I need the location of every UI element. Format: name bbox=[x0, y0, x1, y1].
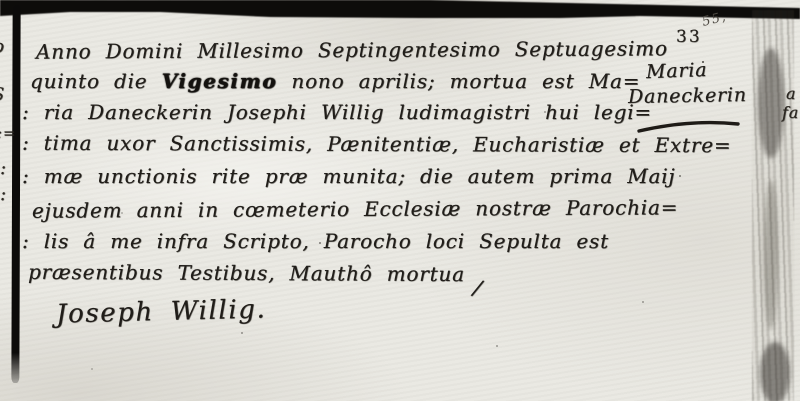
record-line-2-suffix: nono aprilis; mortua est Ma= bbox=[277, 69, 640, 93]
page-top-edge-band bbox=[0, 0, 800, 24]
margin-name-first: Maria bbox=[646, 59, 708, 83]
left-edge-fragment: b bbox=[0, 36, 5, 57]
next-page-fragment: fa bbox=[782, 103, 799, 122]
left-edge-fragment: S bbox=[0, 84, 5, 105]
margin-underline-flourish bbox=[636, 116, 742, 136]
record-line-1: Anno Domini Millesimo Septingentesimo Se… bbox=[36, 36, 668, 63]
record-line-6: ejusdem anni in cœmeterio Ecclesiæ nostr… bbox=[32, 195, 678, 222]
record-line-4: : tima uxor Sanctissimis, Pænitentiæ, Eu… bbox=[22, 131, 732, 157]
record-line-7: : lis â me infra Scripto, Parocho loci S… bbox=[22, 229, 609, 253]
left-margin-rule bbox=[11, 5, 20, 383]
record-number: 33 bbox=[676, 27, 702, 47]
record-line-3: : ria Daneckerin Josephi Willig ludimagi… bbox=[22, 100, 652, 124]
scanned-register-page: b S := : : Anno Domini Millesimo Septing… bbox=[0, 0, 800, 401]
record-line-5: : mæ unctionis rite præ munita; die aute… bbox=[22, 164, 675, 188]
record-line-8: præsentibus Testibus, Mauthô mortua bbox=[28, 260, 465, 286]
gutter-smudge-bottom bbox=[760, 342, 790, 401]
margin-name-last: Daneckerin bbox=[628, 84, 747, 108]
priest-signature: Joseph Willig. bbox=[56, 294, 267, 329]
next-page-fragment: a bbox=[786, 84, 796, 103]
left-edge-fragment: : bbox=[0, 184, 7, 205]
left-edge-fragment: : bbox=[0, 158, 7, 179]
stray-pen-mark: / bbox=[472, 275, 485, 300]
record-line-2-prefix: quinto die bbox=[30, 69, 162, 93]
record-line-2: quinto die Vigesimo nono aprilis; mortua… bbox=[30, 69, 640, 93]
left-edge-fragment: := bbox=[0, 124, 16, 142]
gutter-smudge-top bbox=[758, 48, 784, 158]
record-line-2-corrected-word: Vigesimo bbox=[162, 69, 278, 93]
gutter-smudge-middle bbox=[764, 180, 778, 330]
